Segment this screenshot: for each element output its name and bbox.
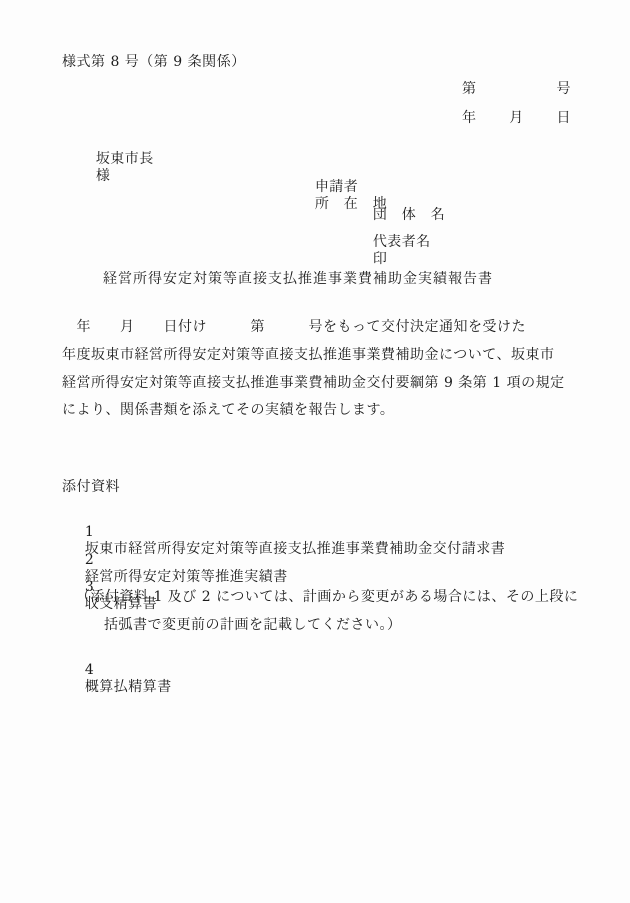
body-line-1: 年 月 日付け 第 号をもって交付決定通知を受けた xyxy=(62,319,526,336)
body-line-3: 経営所得安定対策等直接支払推進事業費補助金交付要綱第 9 条第 1 項の規定 xyxy=(62,375,565,392)
addressee-line: 坂東市長 様 xyxy=(76,134,242,202)
attachment-item-text: 概算払精算書 xyxy=(85,679,172,695)
attachments-heading: 添付資料 xyxy=(62,479,120,496)
form-number: 様式第 8 号（第 9 条関係） xyxy=(62,54,246,71)
body-line-2: 年度坂東市経営所得安定対策等直接支払推進事業費補助金について、坂東市 xyxy=(62,347,554,364)
document-page: 様式第 8 号（第 9 条関係） 第 号 年 月 日 坂東市長 様 申請者 所 … xyxy=(0,0,630,903)
date-line: 年 月 日 xyxy=(462,110,571,127)
seal-mark: 印 xyxy=(373,251,388,267)
document-title: 経営所得安定対策等直接支払推進事業費補助金実績報告書 xyxy=(103,271,493,288)
body-line-4: により、関係書類を添えてその実績を報告します。 xyxy=(62,402,394,419)
doc-number-line: 第 号 xyxy=(462,81,571,98)
attachment-item-number: 4 xyxy=(85,662,110,679)
date-year-label: 年 xyxy=(462,110,477,127)
attachment-item-4: 4 概算払精算書 xyxy=(65,645,172,713)
doc-number-suffix: 号 xyxy=(557,81,572,98)
addressee-name: 坂東市長 xyxy=(96,151,242,168)
attachment-note-line-2: 括弧書で変更前の計画を記載してください。） xyxy=(104,617,402,634)
date-month-label: 月 xyxy=(509,110,524,127)
applicant-representative-label: 代表者名 xyxy=(373,234,540,251)
attachment-note-line-1: （添付資料 1 及び 2 については、計画から変更がある場合には、その上段に xyxy=(76,589,578,606)
date-day-label: 日 xyxy=(557,110,572,127)
addressee-honorific: 様 xyxy=(96,168,111,184)
doc-number-prefix: 第 xyxy=(462,81,477,98)
